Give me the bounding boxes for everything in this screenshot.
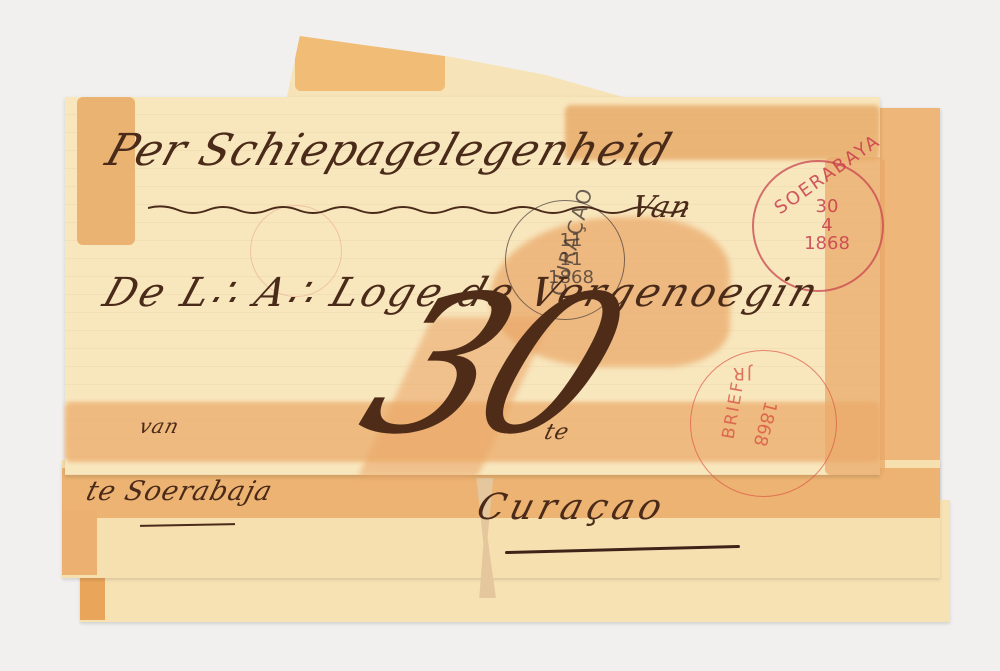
van-label-bottom: van xyxy=(137,414,183,438)
soerabaja-postmark-year: 1868 xyxy=(804,235,850,254)
soerabaja-postmark-day: 30 xyxy=(816,198,839,217)
letter-photo: CURAÇAO 11 11 1868 SOERABAYA 30 4 1868 B… xyxy=(0,0,1000,671)
brieven-postmark-ring-top: JR xyxy=(731,363,752,381)
destination-city: Curaçao xyxy=(473,487,672,528)
back-flap xyxy=(285,36,655,106)
van-label-top: Van xyxy=(627,190,696,225)
origin-city: te Soerabaja xyxy=(83,476,276,507)
brieven-postmark-ring: BRIEF xyxy=(721,379,749,440)
brieven-postmark-year: 1868 xyxy=(748,399,778,448)
flap-stain xyxy=(295,36,445,91)
mid-left-stain xyxy=(62,510,97,575)
routing-underline xyxy=(148,204,688,216)
brieven-postmark: BRIEF JR 1868 xyxy=(690,350,837,497)
routing-instruction: Per Schiepagelegenheid xyxy=(100,125,678,176)
